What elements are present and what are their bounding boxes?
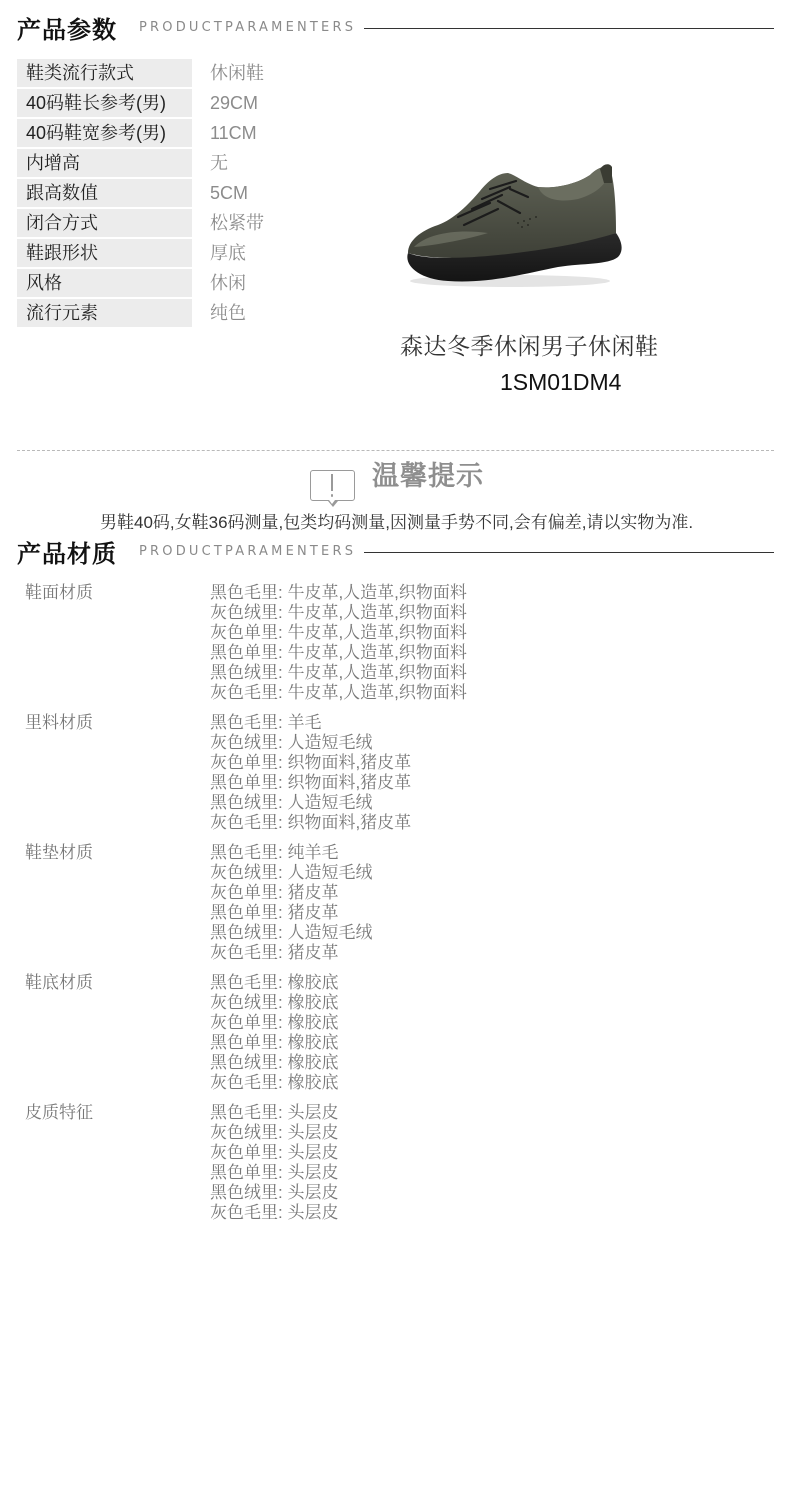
material-line: 黑色毛里: 羊毛 bbox=[210, 713, 411, 733]
material-group: 鞋垫材质 黑色毛里: 纯羊毛 灰色绒里: 人造短毛绒 灰色单里: 猪皮革 黑色单… bbox=[0, 843, 790, 963]
material-line: 黑色毛里: 纯羊毛 bbox=[210, 843, 372, 863]
material-line: 黑色毛里: 头层皮 bbox=[210, 1103, 338, 1123]
material-line: 灰色单里: 橡胶底 bbox=[210, 1013, 338, 1033]
material-line: 黑色毛里: 橡胶底 bbox=[210, 973, 338, 993]
materials-section-header: 产品材质 PRODUCTPARAMENTERS bbox=[17, 534, 774, 568]
material-label: 皮质特征 bbox=[0, 1103, 210, 1223]
param-key: 40码鞋宽参考(男) bbox=[17, 119, 192, 147]
notice-title: 温馨提示 bbox=[372, 454, 484, 493]
param-value: 休闲 bbox=[192, 269, 246, 299]
material-line: 黑色单里: 织物面料,猪皮革 bbox=[210, 773, 411, 793]
param-row: 风格 休闲 bbox=[17, 269, 377, 299]
exclamation-speech-bubble-icon bbox=[310, 470, 355, 501]
section-divider-line bbox=[364, 28, 774, 29]
materials-list: 鞋面材质 黑色毛里: 牛皮革,人造革,织物面料 灰色绒里: 牛皮革,人造革,织物… bbox=[0, 583, 790, 1223]
material-line: 黑色绒里: 牛皮革,人造革,织物面料 bbox=[210, 663, 467, 683]
params-section-subtitle: PRODUCTPARAMENTERS bbox=[139, 20, 356, 35]
param-key: 40码鞋长参考(男) bbox=[17, 89, 192, 117]
param-key: 跟高数值 bbox=[17, 179, 192, 207]
material-line: 灰色绒里: 头层皮 bbox=[210, 1123, 338, 1143]
param-value: 5CM bbox=[192, 179, 248, 209]
material-label: 鞋底材质 bbox=[0, 973, 210, 1093]
material-group: 鞋底材质 黑色毛里: 橡胶底 灰色绒里: 橡胶底 灰色单里: 橡胶底 黑色单里:… bbox=[0, 973, 790, 1093]
param-row: 鞋跟形状 厚底 bbox=[17, 239, 377, 269]
materials-section-title: 产品材质 bbox=[17, 534, 117, 569]
param-key: 内增高 bbox=[17, 149, 192, 177]
material-group: 里料材质 黑色毛里: 羊毛 灰色绒里: 人造短毛绒 灰色单里: 织物面料,猪皮革… bbox=[0, 713, 790, 833]
material-line: 灰色单里: 头层皮 bbox=[210, 1143, 338, 1163]
material-line: 灰色单里: 织物面料,猪皮革 bbox=[210, 753, 411, 773]
material-line: 灰色绒里: 人造短毛绒 bbox=[210, 863, 372, 883]
params-section-header: 产品参数 PRODUCTPARAMENTERS bbox=[17, 10, 774, 44]
material-line: 黑色单里: 头层皮 bbox=[210, 1163, 338, 1183]
material-line: 灰色毛里: 猪皮革 bbox=[210, 943, 372, 963]
material-line: 黑色绒里: 头层皮 bbox=[210, 1183, 338, 1203]
param-key: 流行元素 bbox=[17, 299, 192, 327]
param-key: 鞋类流行款式 bbox=[17, 59, 192, 87]
material-label: 鞋垫材质 bbox=[0, 843, 210, 963]
param-value: 厚底 bbox=[192, 239, 246, 269]
dashed-divider bbox=[17, 450, 774, 451]
param-value: 纯色 bbox=[192, 299, 246, 329]
material-line: 灰色绒里: 橡胶底 bbox=[210, 993, 338, 1013]
material-label: 鞋面材质 bbox=[0, 583, 210, 703]
material-line: 黑色绒里: 人造短毛绒 bbox=[210, 793, 411, 813]
material-line: 灰色毛里: 牛皮革,人造革,织物面料 bbox=[210, 683, 467, 703]
param-key: 风格 bbox=[17, 269, 192, 297]
product-name: 森达冬季休闲男子休闲鞋 bbox=[400, 328, 659, 361]
material-line: 灰色毛里: 织物面料,猪皮革 bbox=[210, 813, 411, 833]
material-line: 灰色毛里: 橡胶底 bbox=[210, 1073, 338, 1093]
material-line: 灰色单里: 牛皮革,人造革,织物面料 bbox=[210, 623, 467, 643]
notice-text: 男鞋40码,女鞋36码测量,包类均码测量,因测量手势不同,会有偏差,请以实物为准… bbox=[100, 508, 693, 533]
material-group: 鞋面材质 黑色毛里: 牛皮革,人造革,织物面料 灰色绒里: 牛皮革,人造革,织物… bbox=[0, 583, 790, 703]
param-key: 鞋跟形状 bbox=[17, 239, 192, 267]
param-value: 休闲鞋 bbox=[192, 59, 264, 89]
param-value: 松紧带 bbox=[192, 209, 264, 239]
param-key: 闭合方式 bbox=[17, 209, 192, 237]
param-value: 29CM bbox=[192, 89, 258, 119]
material-line: 黑色毛里: 牛皮革,人造革,织物面料 bbox=[210, 583, 467, 603]
param-row: 闭合方式 松紧带 bbox=[17, 209, 377, 239]
material-line: 黑色绒里: 橡胶底 bbox=[210, 1053, 338, 1073]
param-row: 流行元素 纯色 bbox=[17, 299, 377, 329]
material-group: 皮质特征 黑色毛里: 头层皮 灰色绒里: 头层皮 灰色单里: 头层皮 黑色单里:… bbox=[0, 1103, 790, 1223]
material-line: 黑色单里: 橡胶底 bbox=[210, 1033, 338, 1053]
material-line: 灰色绒里: 人造短毛绒 bbox=[210, 733, 411, 753]
section-divider-line bbox=[364, 552, 774, 553]
param-value: 无 bbox=[192, 149, 228, 179]
param-row: 40码鞋宽参考(男) 11CM bbox=[17, 119, 377, 149]
params-table: 鞋类流行款式 休闲鞋 40码鞋长参考(男) 29CM 40码鞋宽参考(男) 11… bbox=[17, 59, 377, 329]
product-shoe-image bbox=[398, 153, 628, 293]
product-code: 1SM01DM4 bbox=[500, 369, 621, 396]
params-section-title: 产品参数 bbox=[17, 10, 117, 45]
material-line: 灰色绒里: 牛皮革,人造革,织物面料 bbox=[210, 603, 467, 623]
param-row: 鞋类流行款式 休闲鞋 bbox=[17, 59, 377, 89]
material-line: 黑色单里: 牛皮革,人造革,织物面料 bbox=[210, 643, 467, 663]
param-row: 内增高 无 bbox=[17, 149, 377, 179]
param-row: 跟高数值 5CM bbox=[17, 179, 377, 209]
param-value: 11CM bbox=[192, 119, 257, 149]
material-line: 灰色单里: 猪皮革 bbox=[210, 883, 372, 903]
material-line: 灰色毛里: 头层皮 bbox=[210, 1203, 338, 1223]
materials-section-subtitle: PRODUCTPARAMENTERS bbox=[139, 544, 356, 559]
material-line: 黑色绒里: 人造短毛绒 bbox=[210, 923, 372, 943]
material-label: 里料材质 bbox=[0, 713, 210, 833]
material-line: 黑色单里: 猪皮革 bbox=[210, 903, 372, 923]
param-row: 40码鞋长参考(男) 29CM bbox=[17, 89, 377, 119]
